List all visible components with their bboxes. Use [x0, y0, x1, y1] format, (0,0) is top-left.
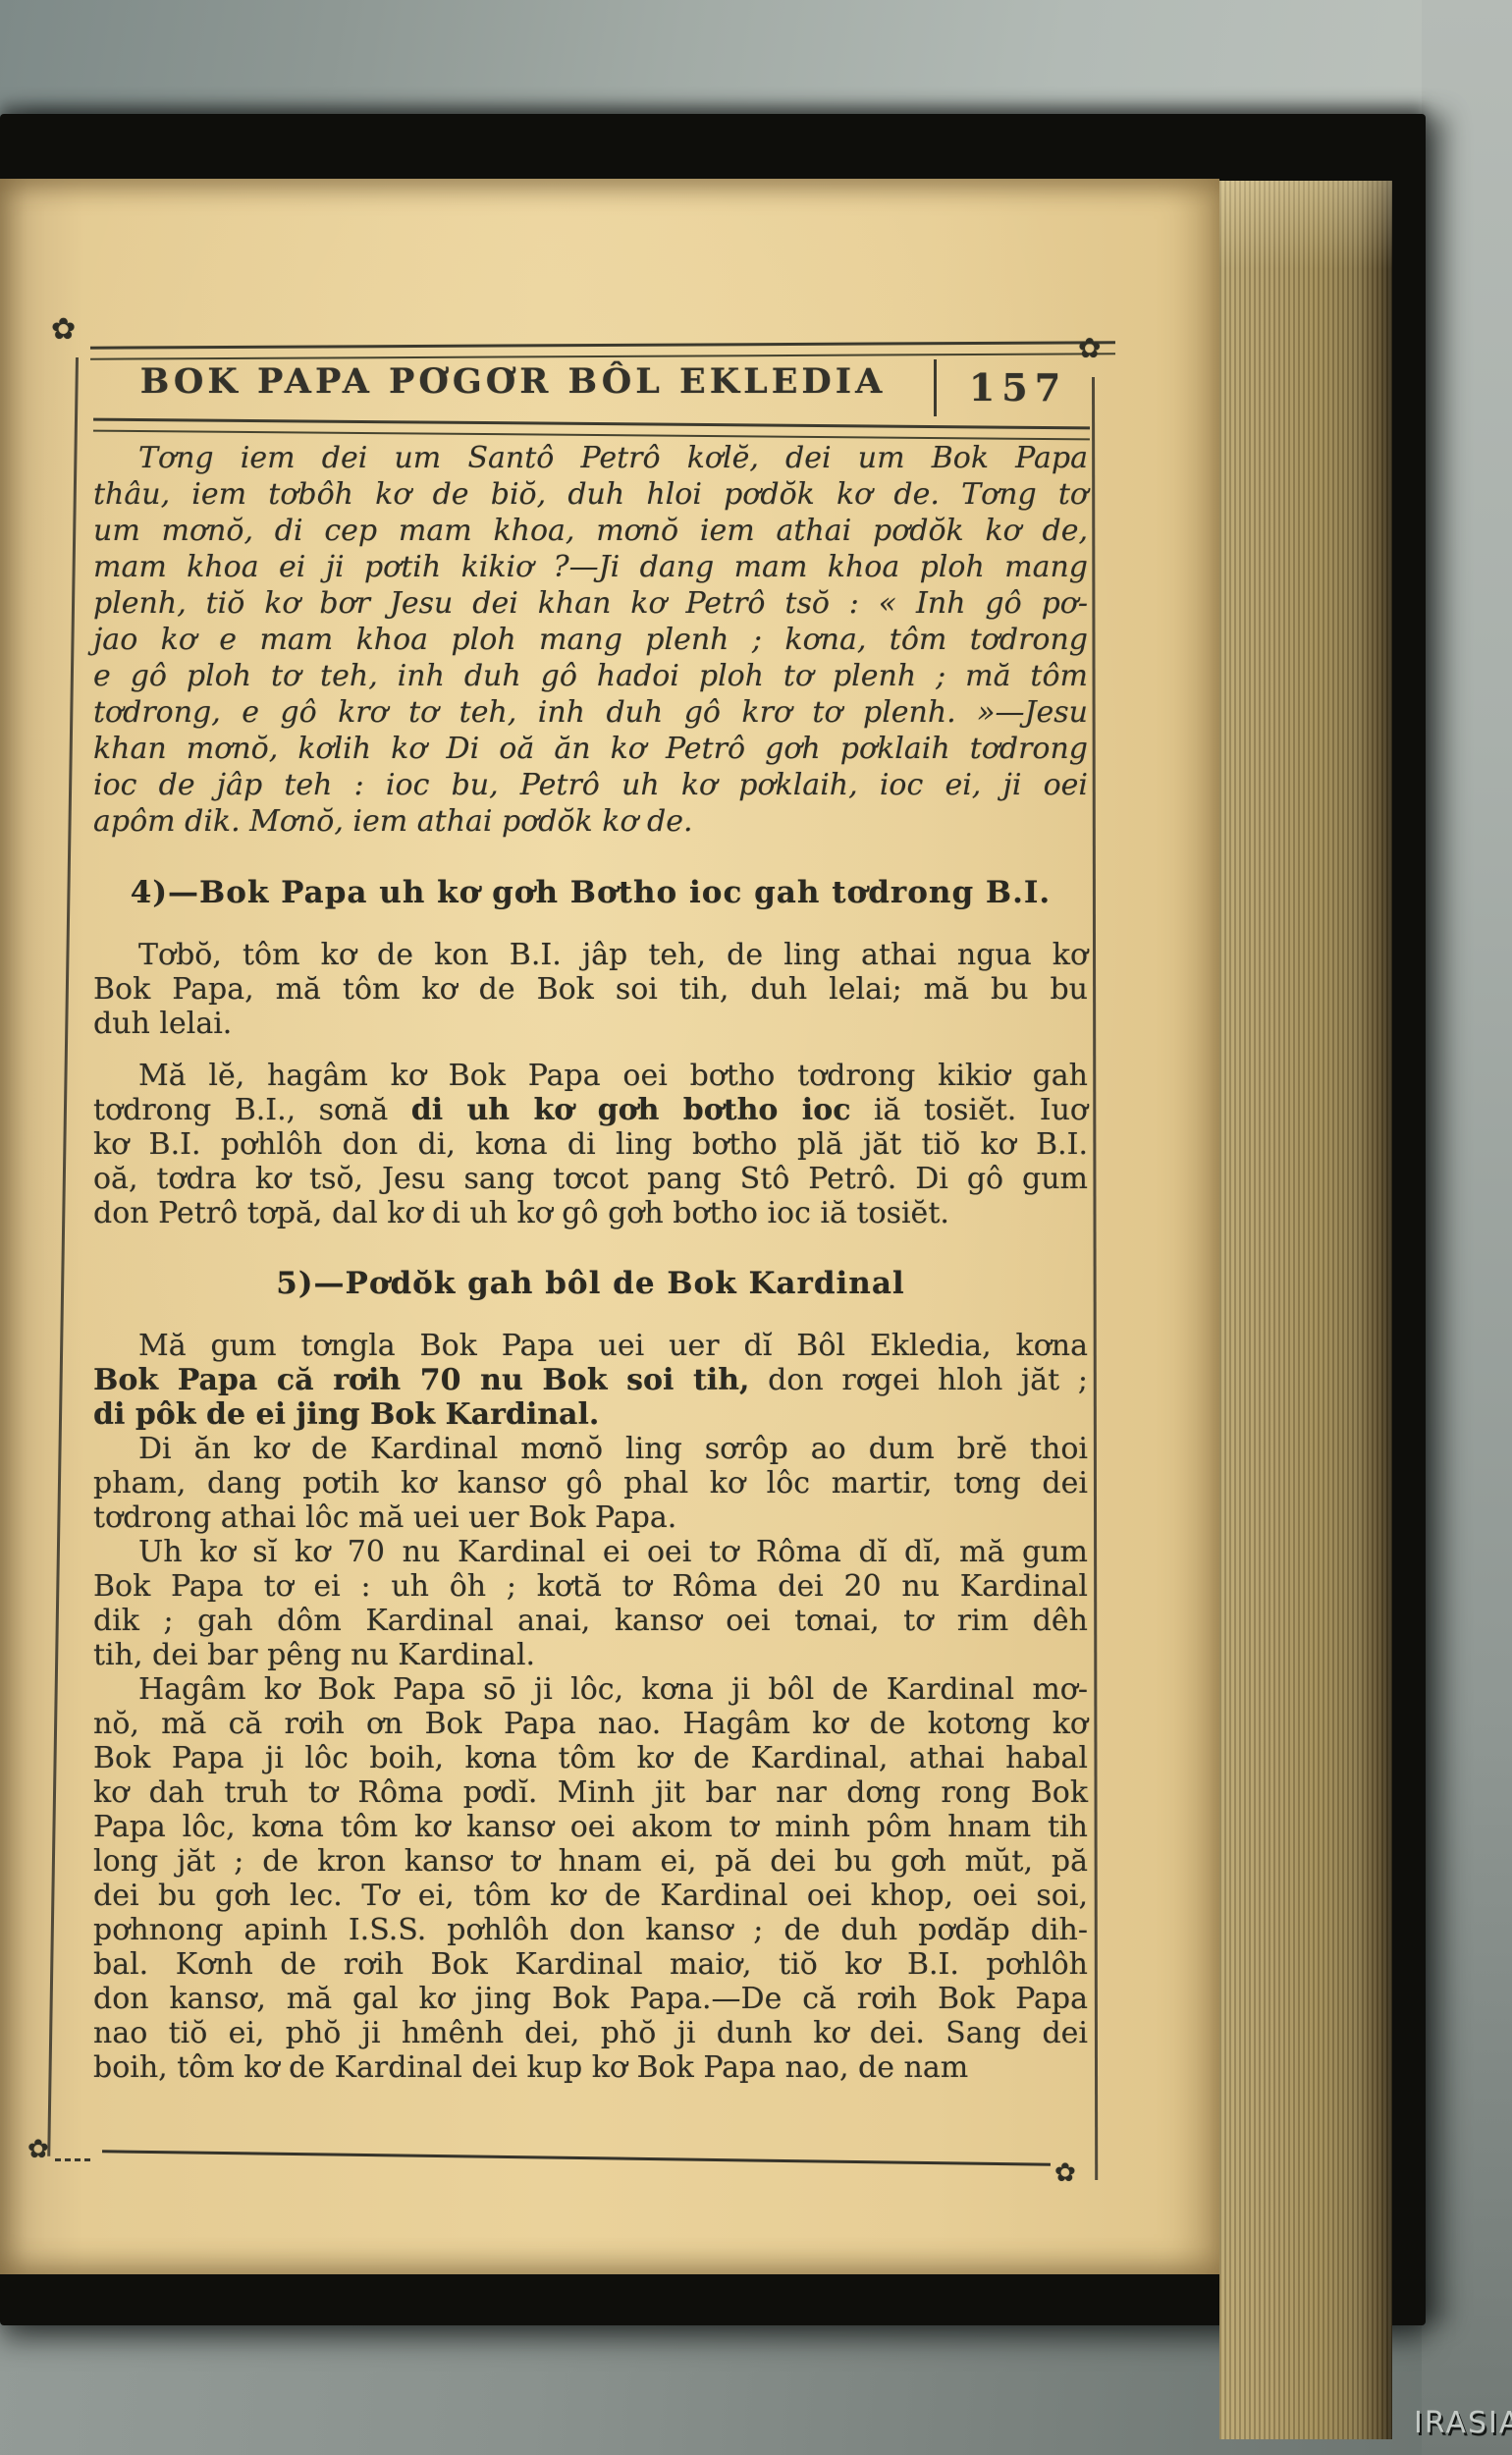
body-line: di pôk de ei jing Bok Kardinal. [93, 1397, 1088, 1432]
body-line: jao kơ e mam khoa ploh mang plenh ; kơna… [93, 622, 1088, 658]
body-line: pham, dang pơtih kơ kansơ gô phal kơ lôc… [93, 1466, 1088, 1500]
body-line: dei bu gơh lec. Tơ ei, tôm kơ de Kardina… [93, 1879, 1088, 1913]
body-line: pơhnong apinh I.S.S. pơhlôh don kansơ ; … [93, 1913, 1088, 1947]
right-border-rule [1092, 377, 1098, 2180]
footer-rule [102, 2150, 1051, 2165]
body-line: Tơng iem dei um Santô Petrô kơlĕ, dei um… [93, 440, 1088, 476]
body-line: Di ăn kơ de Kardinal mơnŏ ling sơrôp ao … [93, 1432, 1088, 1466]
body-line: nao tiŏ ei, phŏ ji hmênh dei, phŏ ji dun… [93, 2016, 1088, 2050]
body-line: plenh, tiŏ kơ bơr Jesu dei khan kơ Petrô… [93, 585, 1088, 622]
body-line: thâu, iem tơbôh kơ de biŏ, duh hloi pơdŏ… [93, 476, 1088, 513]
flower-ornament-icon: ✿ [51, 312, 76, 347]
header-bottom-rule [93, 418, 1090, 441]
section-heading: 5)—Pơdŏk gah bôl de Bok Kardinal [93, 1264, 1088, 1303]
header-separator-bar [934, 359, 937, 416]
body-line: oă, tơdra kơ tsŏ, Jesu sang tơcot pang S… [93, 1162, 1088, 1196]
body-line: Papa lôc, kơna tôm kơ kansơ oei akom tơ … [93, 1810, 1088, 1844]
body-line: Mă gum tơngla Bok Papa uei uer dĭ Bôl Ek… [93, 1329, 1088, 1363]
body-line: Hagâm kơ Bok Papa sō ji lôc, kơna ji bôl… [93, 1672, 1088, 1707]
flower-ornament-icon: ✿ [1054, 2158, 1076, 2188]
body-line: kơ dah truh tơ Rôma pơdĭ. Minh jit bar n… [93, 1775, 1088, 1810]
scanned-book-page: ✿ ✿ BOK PAPA PƠGƠR BÔL EKLEDIA 157 Tơng … [0, 0, 1512, 2455]
body-line: Uh kơ sĭ kơ 70 nu Kardinal ei oei tơ Rôm… [93, 1535, 1088, 1569]
body-line: Bok Papa că rơih 70 nu Bok soi tih, don … [93, 1363, 1088, 1397]
body-line: ioc de jâp teh : ioc bu, Petrô uh kơ pơk… [93, 767, 1088, 803]
body-line: don Petrô tơpă, dal kơ di uh kơ gô gơh b… [93, 1196, 1088, 1230]
body-paragraph: Hagâm kơ Bok Papa sō ji lôc, kơna ji bôl… [93, 1672, 1088, 2085]
body-line: Bok Papa, mă tôm kơ de Bok soi tih, duh … [93, 972, 1088, 1007]
body-line: tơdrong, e gô krơ tơ teh, inh duh gô krơ… [93, 694, 1088, 731]
body-paragraph: Mă lĕ, hagâm kơ Bok Papa oei bơtho tơdro… [93, 1059, 1088, 1230]
book-fore-edge [1219, 181, 1392, 2439]
body-line: nŏ, mă că rơih ơn Bok Papa nao. Hagâm kơ… [93, 1707, 1088, 1741]
left-border-rule [47, 357, 79, 2156]
body-paragraph: Tơbŏ, tôm kơ de kon B.I. jâp teh, de lin… [93, 938, 1088, 1041]
quote-paragraph: Tơng iem dei um Santô Petrô kơlĕ, dei um… [93, 440, 1088, 840]
body-line: Mă lĕ, hagâm kơ Bok Papa oei bơtho tơdro… [93, 1059, 1088, 1093]
body-line: dik ; gah dôm Kardinal anai, kansơ oei t… [93, 1604, 1088, 1638]
body-line: tơdrong B.I., sơnă di uh kơ gơh bơtho io… [93, 1093, 1088, 1127]
watermark: IRASIA [1414, 2406, 1512, 2440]
body-line: don kansơ, mă gal kơ jing Bok Papa.—De c… [93, 1982, 1088, 2016]
flower-ornament-icon: ✿ [27, 2135, 49, 2164]
body-paragraph: Mă gum tơngla Bok Papa uei uer dĭ Bôl Ek… [93, 1329, 1088, 1432]
body-line: Bok Papa tơ ei : uh ôh ; kơtă tơ Rôma de… [93, 1569, 1088, 1604]
body-line: tih, dei bar pêng nu Kardinal. [93, 1638, 1088, 1672]
header-top-rule [90, 341, 1115, 359]
body-line: e gô ploh tơ teh, inh duh gô hadoi ploh … [93, 658, 1088, 694]
body-line: bal. Kơnh de rơih Bok Kardinal maiơ, tiŏ… [93, 1947, 1088, 1982]
body-line: boih, tôm kơ de Kardinal dei kup kơ Bok … [93, 2050, 1088, 2085]
body-line: tơdrong athai lôc mă uei uer Bok Papa. [93, 1500, 1088, 1535]
page-number: 157 [954, 365, 1082, 409]
body-paragraph: Uh kơ sĭ kơ 70 nu Kardinal ei oei tơ Rôm… [93, 1535, 1088, 1672]
page-paper: ✿ ✿ BOK PAPA PƠGƠR BÔL EKLEDIA 157 Tơng … [0, 179, 1219, 2274]
body-line: apôm dik. Mơnŏ, iem athai pơdŏk kơ de. [93, 803, 1088, 840]
text-block: Tơng iem dei um Santô Petrô kơlĕ, dei um… [93, 440, 1088, 2085]
body-line: kơ B.I. pơhlôh don di, kơna di ling bơth… [93, 1127, 1088, 1162]
running-header-title: BOK PAPA PƠGƠR BÔL EKLEDIA [98, 361, 928, 402]
body-line: duh lelai. [93, 1007, 1088, 1041]
scanner-background-right [1422, 0, 1512, 2455]
body-line: Tơbŏ, tôm kơ de kon B.I. jâp teh, de lin… [93, 938, 1088, 972]
book-cover: ✿ ✿ BOK PAPA PƠGƠR BÔL EKLEDIA 157 Tơng … [0, 114, 1426, 2325]
body-line: um mơnŏ, di cep mam khoa, mơnŏ iem athai… [93, 513, 1088, 549]
body-line: Bok Papa ji lôc boih, kơna tôm kơ de Kar… [93, 1741, 1088, 1775]
footer-dash-marks [55, 2158, 94, 2161]
body-paragraph: Di ăn kơ de Kardinal mơnŏ ling sơrôp ao … [93, 1432, 1088, 1535]
flower-ornament-icon: ✿ [1078, 332, 1101, 364]
body-line: long jăt ; de kron kansơ tơ hnam ei, pă … [93, 1844, 1088, 1879]
body-line: khan mơnŏ, kơlih kơ Di oă ăn kơ Petrô gơ… [93, 731, 1088, 767]
body-line: mam khoa ei ji pơtih kikiơ ?—Ji dang mam… [93, 549, 1088, 585]
section-heading: 4)—Bok Papa uh kơ gơh Bơtho ioc gah tơdr… [93, 873, 1088, 912]
scanner-background-top [0, 0, 1512, 133]
